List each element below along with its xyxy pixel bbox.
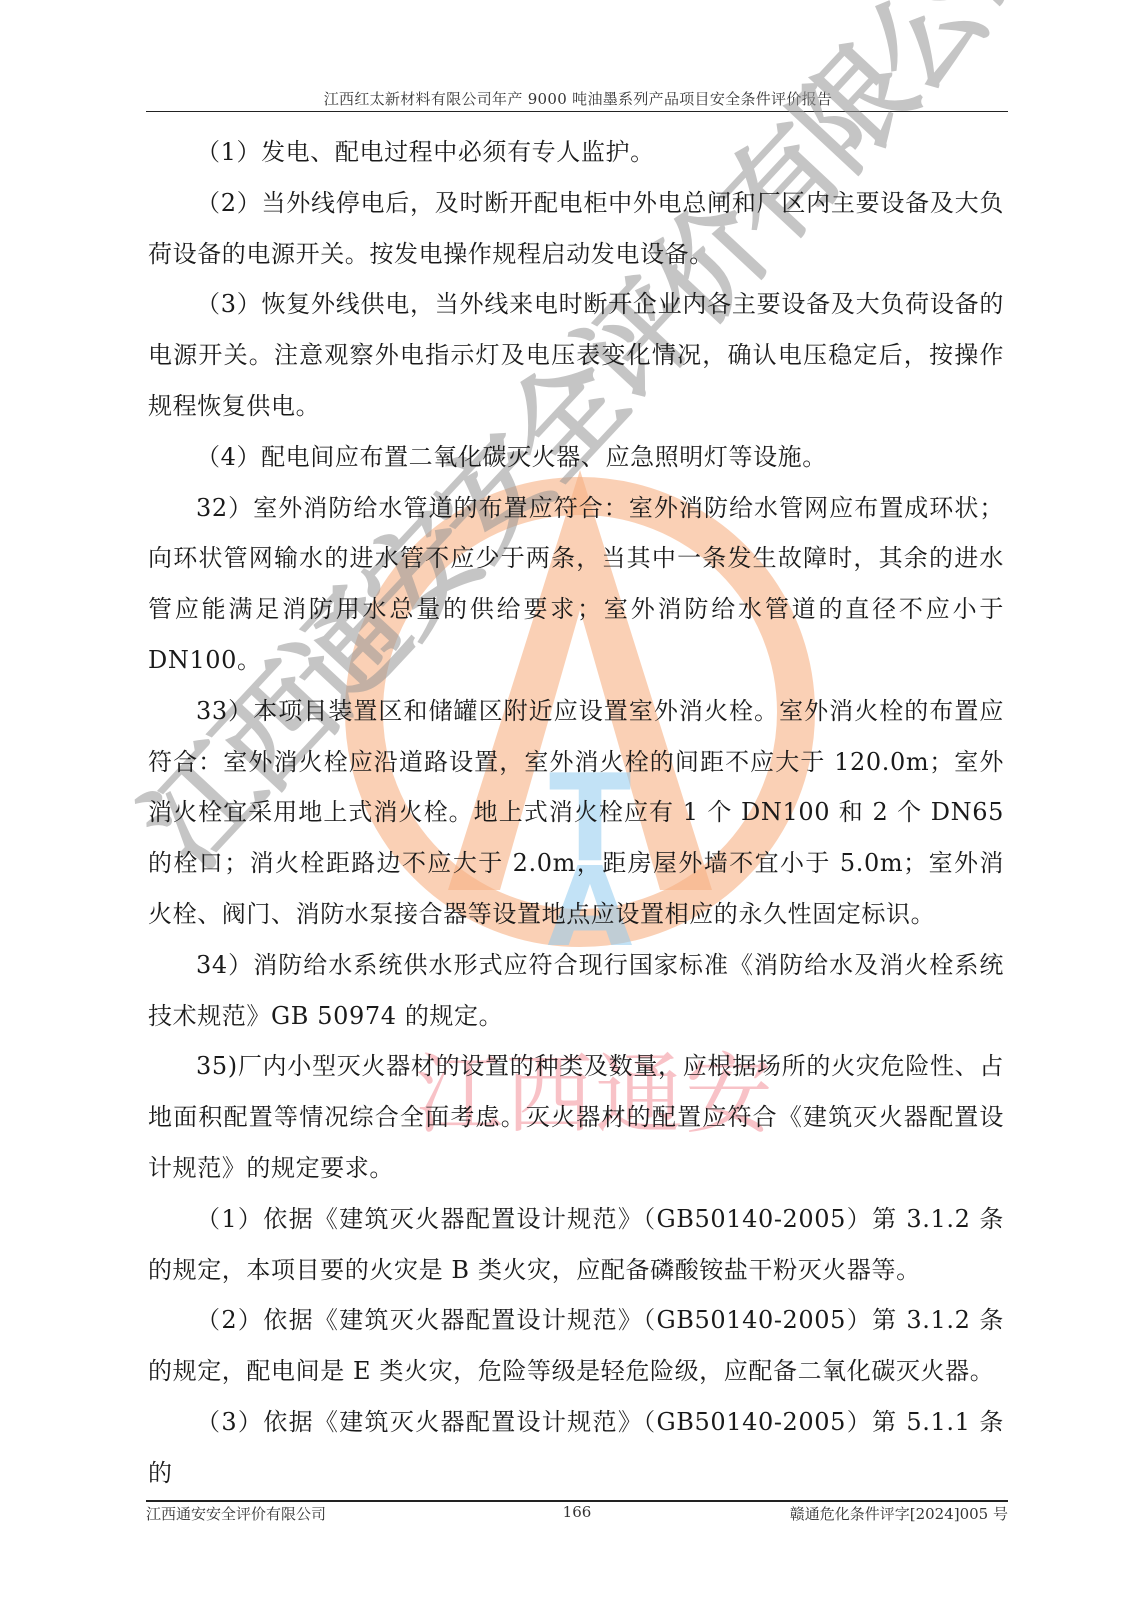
paragraph: （1）依据《建筑灭火器配置设计规范》（GB50140-2005）第 3.1.2 … [148,1194,1004,1296]
paragraph: （3）恢复外线供电，当外线来电时断开企业内各主要设备及大负荷设备的电源开关。注意… [148,279,1004,431]
paragraph: 32）室外消防给水管道的布置应符合：室外消防给水管网应布置成环状；向环状管网输水… [148,483,1004,686]
page-footer: 江西通安安全评价有限公司 166 赣通危化条件评字[2024]005 号 [146,1503,1008,1525]
paragraph: 33）本项目装置区和储罐区附近应设置室外消火栓。室外消火栓的布置应符合：室外消火… [148,686,1004,940]
paragraph: （4）配电间应布置二氧化碳灭火器、应急照明灯等设施。 [148,432,1004,483]
paragraph: 34）消防给水系统供水形式应符合现行国家标准《消防给水及消火栓系统技术规范》GB… [148,940,1004,1042]
paragraph: 35)厂内小型灭火器材的设置的种类及数量，应根据场所的火灾危险性、占地面积配置等… [148,1041,1004,1193]
header-rule [146,111,1008,112]
paragraph: （2）当外线停电后，及时断开配电柜中外电总闸和厂区内主要设备及大负荷设备的电源开… [148,178,1004,280]
page-header-title: 江西红太新材料有限公司年产 9000 吨油墨系列产品项目安全条件评价报告 [148,88,1008,109]
footer-doc-number: 赣通危化条件评字[2024]005 号 [790,1503,1008,1524]
paragraph: （2）依据《建筑灭火器配置设计规范》（GB50140-2005）第 3.1.2 … [148,1295,1004,1397]
document-body: （1）发电、配电过程中必须有专人监护。 （2）当外线停电后，及时断开配电柜中外电… [148,127,1004,1499]
paragraph: （1）发电、配电过程中必须有专人监护。 [148,127,1004,178]
footer-rule [146,1500,1008,1502]
paragraph: （3）依据《建筑灭火器配置设计规范》（GB50140-2005）第 5.1.1 … [148,1397,1004,1499]
